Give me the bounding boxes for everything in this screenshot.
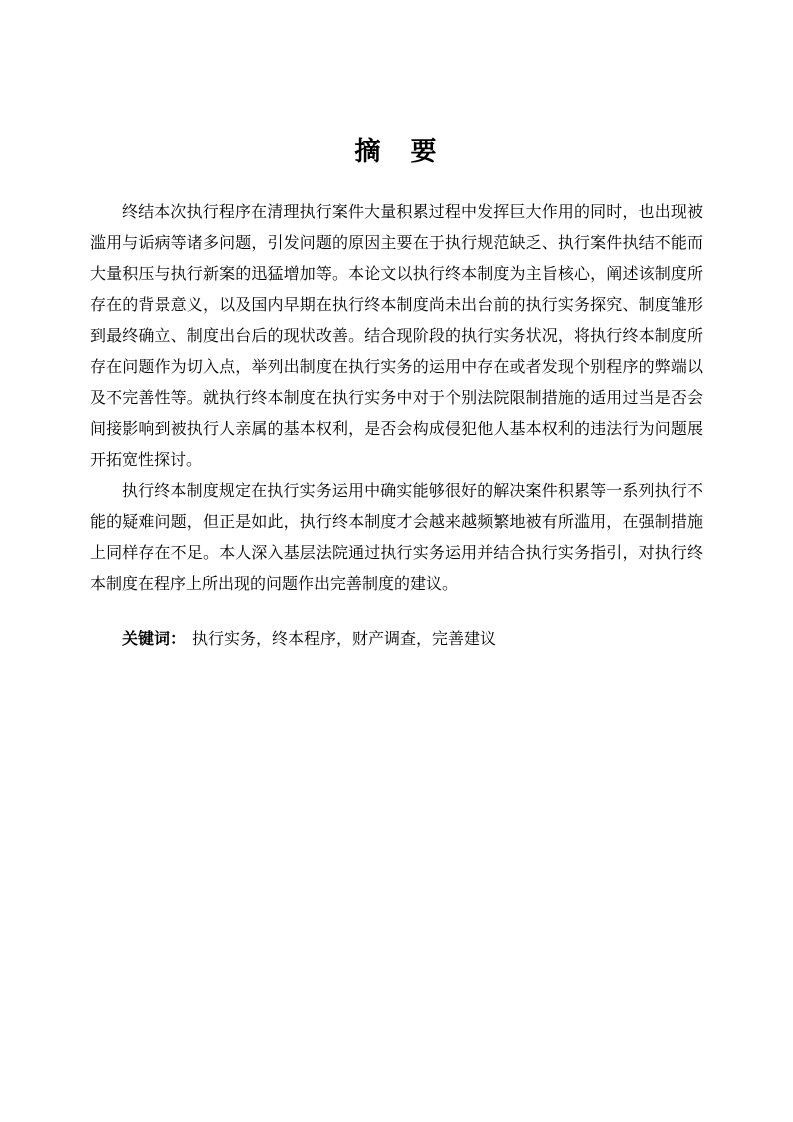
keywords-text: 执行实务，终本程序，财产调查，完善建议 <box>192 631 496 648</box>
abstract-paragraph-2: 执行终本制度规定在执行实务运用中确实能够很好的解决案件积累等一系列执行不能的疑难… <box>90 476 703 600</box>
abstract-title: 摘 要 <box>0 0 793 164</box>
abstract-paragraph-1: 终结本次执行程序在清理执行案件大量积累过程中发挥巨大作用的同时，也出现被滥用与诟… <box>90 197 703 476</box>
document-page: 摘 要 终结本次执行程序在清理执行案件大量积累过程中发挥巨大作用的同时，也出现被… <box>0 0 793 1122</box>
keywords-line: 关键词：执行实务，终本程序，财产调查，完善建议 <box>90 624 703 655</box>
keywords-label: 关键词： <box>122 631 186 648</box>
abstract-body: 终结本次执行程序在清理执行案件大量积累过程中发挥巨大作用的同时，也出现被滥用与诟… <box>90 197 703 655</box>
